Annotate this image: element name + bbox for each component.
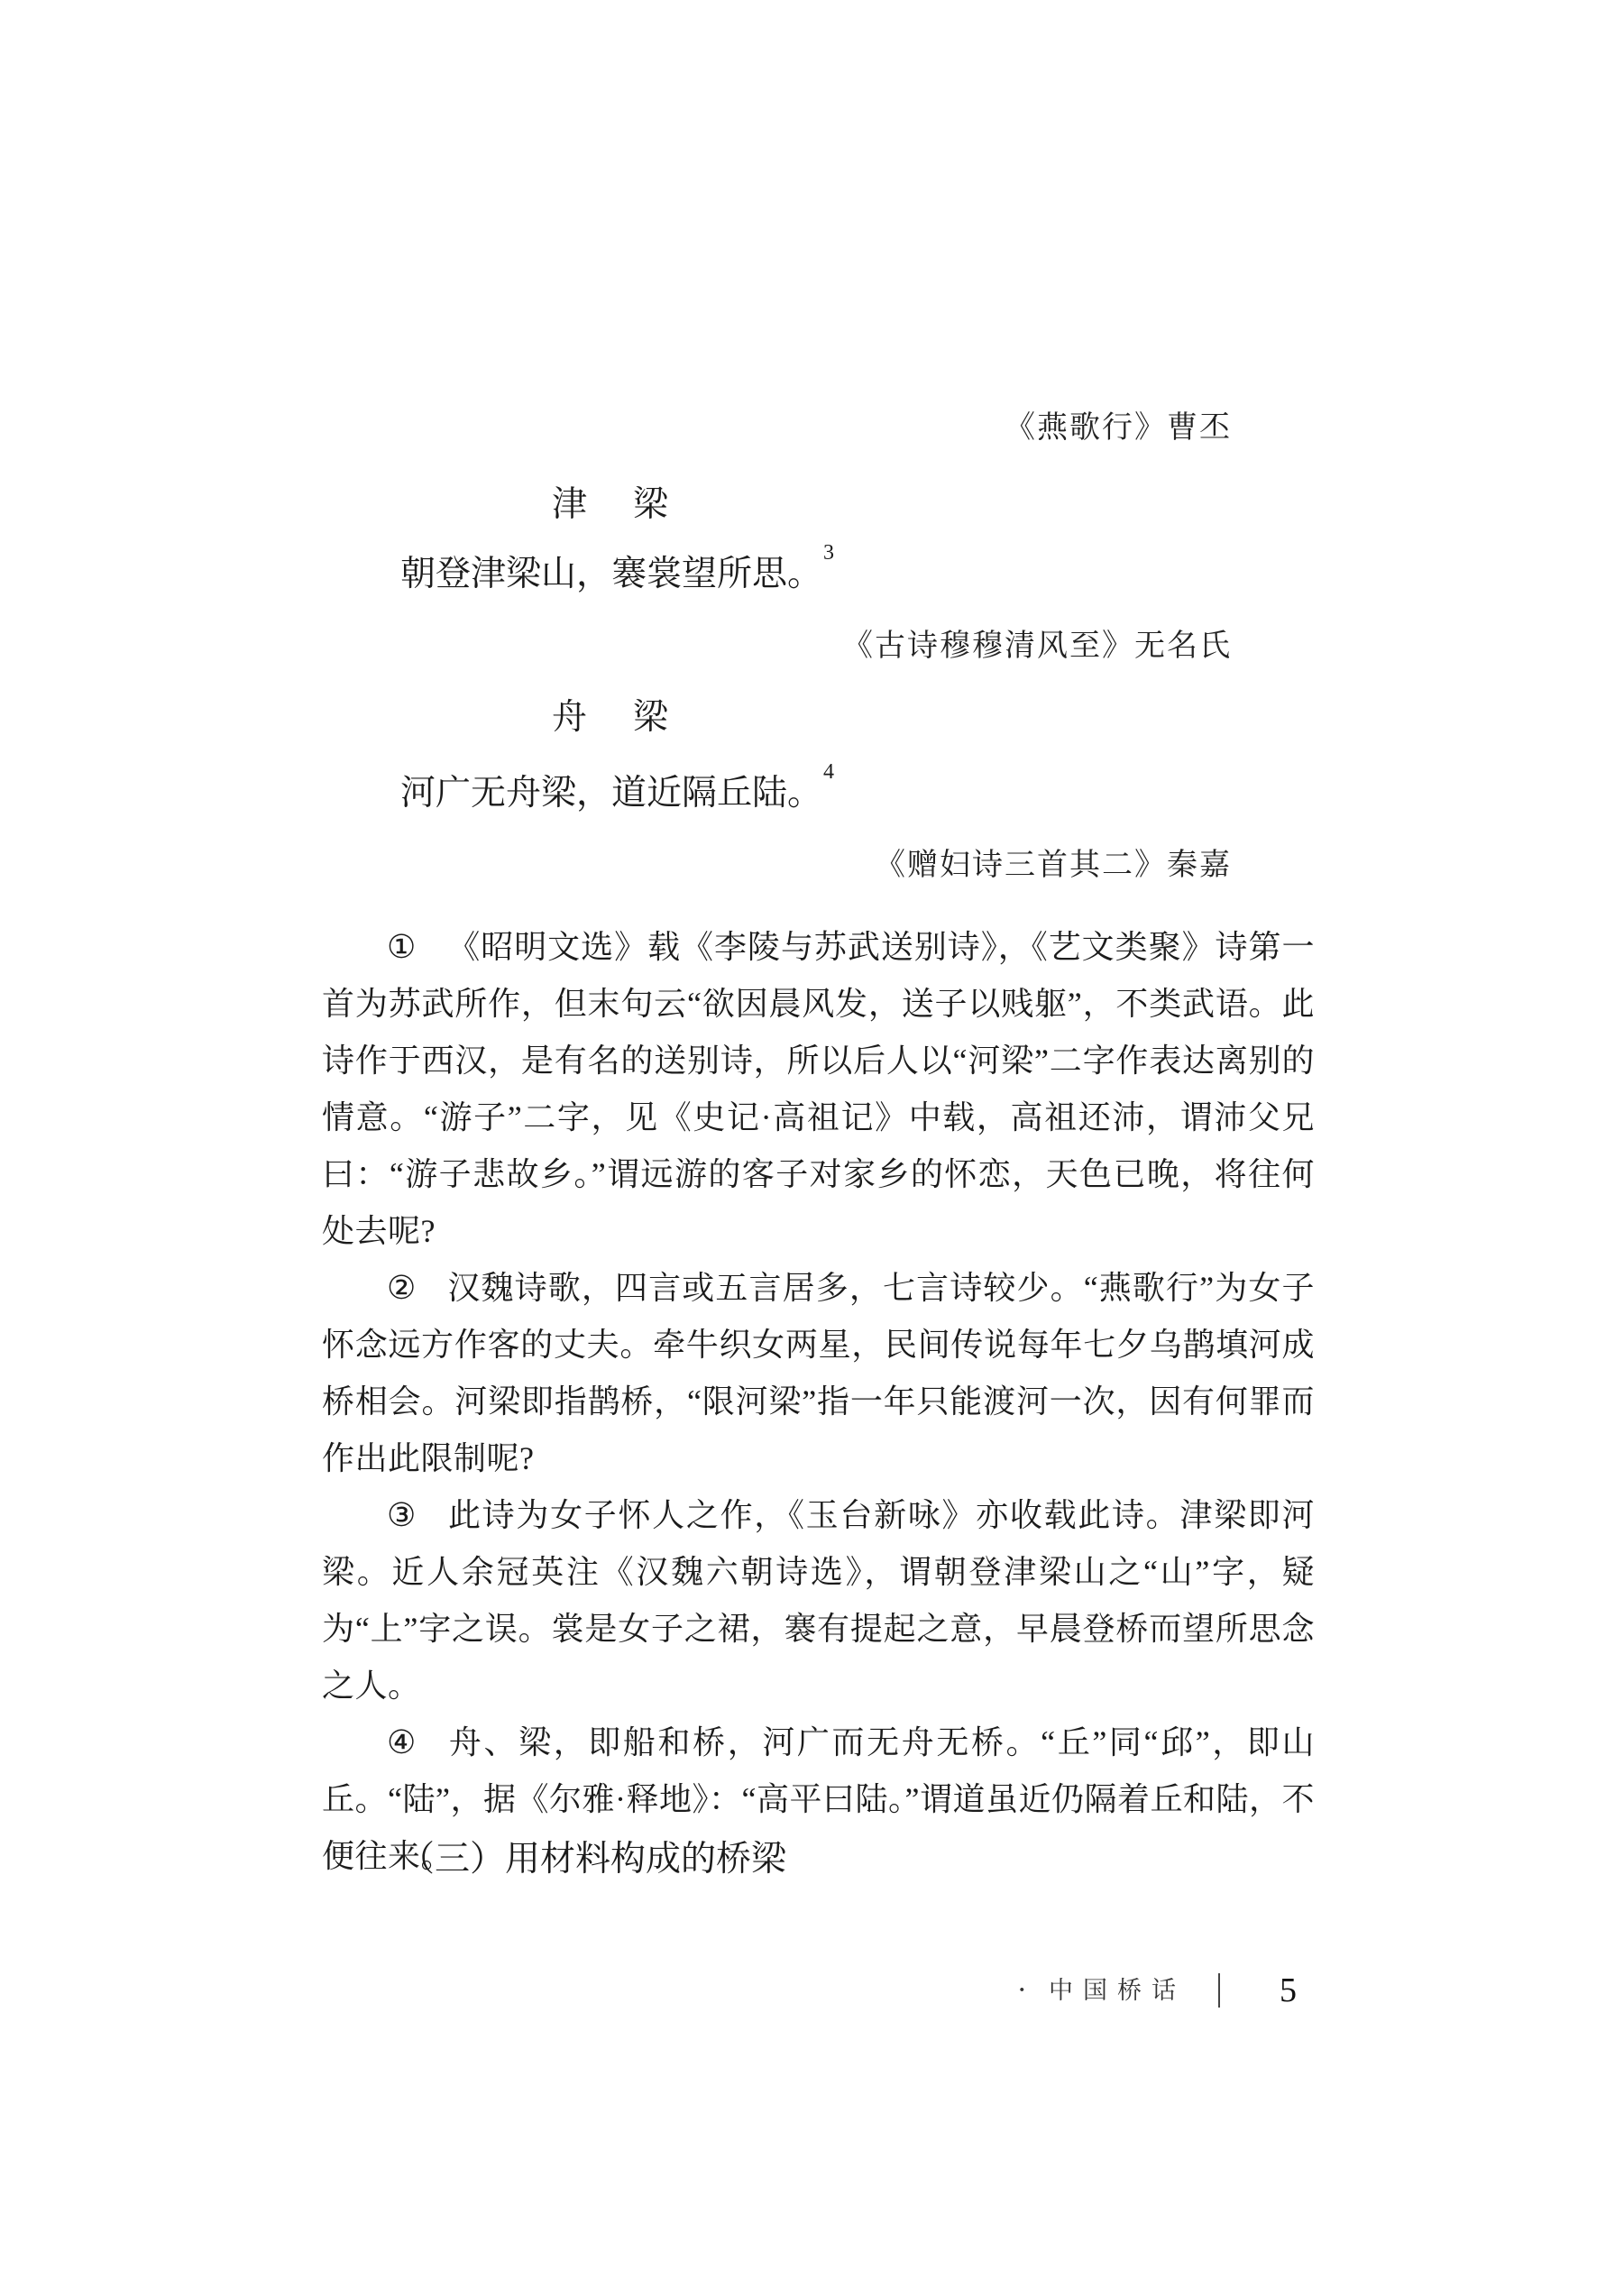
annotation-item: ①《昭明文选》载《李陵与苏武送别诗》，《艺文类聚》诗第一首为苏武所作，但末句云“…	[322, 919, 1315, 1260]
poem-attribution-jinliang: 《古诗穆穆清风至》无名氏	[322, 626, 1315, 667]
annotation-marker: ③	[387, 1497, 417, 1533]
annotation-marker: ④	[387, 1724, 418, 1760]
annotation-marker: ②	[387, 1270, 417, 1306]
page-footer: · 中国桥话 5	[1017, 1969, 1297, 2012]
text-block: 《燕歌行》曹丕 津 梁 朝登津梁山，褰裳望所思。3 《古诗穆穆清风至》无名氏 舟…	[322, 0, 1315, 2279]
poem-verse-jinliang: 朝登津梁山，褰裳望所思。3	[400, 552, 833, 597]
poem-verse-zhouliang: 河广无舟梁，道近隔丘陆。4	[400, 771, 833, 816]
annotation-text: 汉魏诗歌，四言或五言居多，七言诗较少。“燕歌行”为女子怀念远方作客的丈夫。牵牛织…	[322, 1270, 1315, 1476]
verse-text: 河广无舟梁，道近隔丘陆。	[400, 774, 822, 813]
footer-bullet: ·	[1017, 1969, 1027, 2012]
page-number: 5	[1280, 1969, 1297, 2012]
footnote-ref: 4	[823, 760, 834, 784]
poem-title-jinliang: 津 梁	[552, 484, 674, 526]
footer-book-title: 中国桥话	[1049, 1969, 1186, 2012]
footnote-ref: 3	[823, 541, 834, 565]
previous-poem-attribution: 《燕歌行》曹丕	[322, 408, 1315, 449]
footer-divider	[1218, 1973, 1220, 2008]
document-page: 《燕歌行》曹丕 津 梁 朝登津梁山，褰裳望所思。3 《古诗穆穆清风至》无名氏 舟…	[0, 0, 1624, 2279]
annotation-marker: ①	[387, 929, 417, 965]
annotation-text: 此诗为女子怀人之作，《玉台新咏》亦收载此诗。津梁即河梁。近人余冠英注《汉魏六朝诗…	[322, 1497, 1315, 1704]
annotation-item: ③此诗为女子怀人之作，《玉台新咏》亦收载此诗。津梁即河梁。近人余冠英注《汉魏六朝…	[322, 1487, 1315, 1714]
section-heading: （三）用材料构成的桥梁	[399, 1836, 786, 1883]
annotation-item: ②汉魏诗歌，四言或五言居多，七言诗较少。“燕歌行”为女子怀念远方作客的丈夫。牵牛…	[322, 1260, 1315, 1487]
poem-title-zhouliang: 舟 梁	[552, 697, 674, 739]
annotations-block: ①《昭明文选》载《李陵与苏武送别诗》，《艺文类聚》诗第一首为苏武所作，但末句云“…	[322, 919, 1315, 1885]
verse-text: 朝登津梁山，褰裳望所思。	[400, 555, 822, 593]
poem-attribution-zhouliang: 《赠妇诗三首其二》秦嘉	[322, 845, 1315, 887]
annotation-text: 《昭明文选》载《李陵与苏武送别诗》，《艺文类聚》诗第一首为苏武所作，但末句云“欲…	[322, 929, 1315, 1249]
